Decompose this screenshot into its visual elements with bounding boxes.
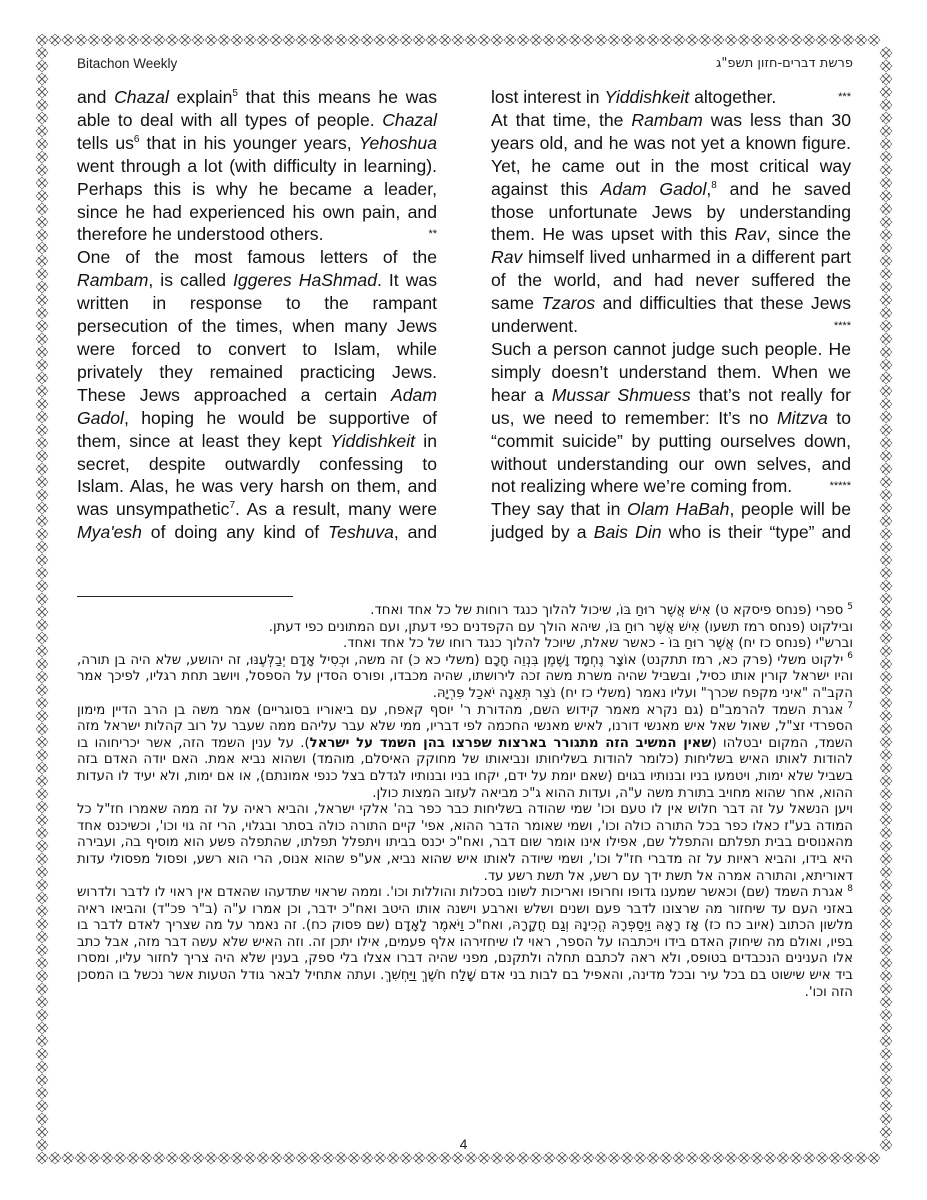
text-run: went through a lot (with difficulty in l…	[77, 156, 437, 176]
footnote-6: 6ילקוט משלי (פרק כא, רמז תתקנט) אוֹצָר נ…	[77, 653, 853, 703]
section-break-asterisks: *****	[830, 475, 851, 498]
text-line: us, we need to remember: It’s no Mitzva …	[491, 407, 851, 430]
text-run: therefore he understood others.	[77, 224, 323, 244]
text-run: underwent.	[491, 316, 578, 336]
italic-term: Iggeres HaShmad	[233, 270, 377, 290]
section-break-asterisks: **	[428, 223, 437, 246]
right-text-column: lost interest in Yiddishkeit altogether.…	[491, 86, 851, 544]
text-run: in	[415, 431, 437, 451]
text-run: , since the	[766, 224, 851, 244]
text-line: therefore he understood others.**	[77, 223, 437, 246]
text-run: , hoping he would be supportive of	[124, 408, 437, 428]
text-line: written in response to the rampant	[77, 292, 437, 315]
text-run: , and	[394, 522, 437, 542]
text-run: years old, and he was not yet a known fi…	[491, 133, 851, 153]
page-number: 4	[0, 1136, 927, 1152]
text-line: Islam. Alas, he was very harsh on them, …	[77, 475, 437, 498]
text-run: , is called	[148, 270, 233, 290]
text-run: them, since at least they kept	[77, 431, 330, 451]
footnote-text: אגרת השמד להרמב"ם (גם נקרא מאמר קידוש הש…	[77, 703, 853, 801]
text-line: Perhaps this is why he became a leader,	[77, 178, 437, 201]
text-run: Perhaps this is why he became a leader,	[77, 179, 437, 199]
italic-term: Mitzva	[777, 408, 828, 428]
section-break-asterisks: ***	[838, 86, 851, 109]
text-line: At that time, the Rambam was less than 3…	[491, 109, 851, 132]
text-run: lost interest in	[491, 87, 604, 107]
footnote-7: 7אגרת השמד להרמב"ם (גם נקרא מאמר קידוש ה…	[77, 703, 853, 803]
section-break-asterisks: ****	[834, 315, 851, 338]
text-run: was less than 30	[703, 110, 851, 130]
italic-term: Adam	[391, 385, 437, 405]
footnote-separator	[77, 596, 293, 597]
parsha-title: פרשת דברים-חזון תשפ"ג	[716, 56, 853, 71]
text-run: those unfortunate Jews by understanding	[491, 202, 851, 222]
text-line: were forced to convert to Islam, while	[77, 338, 437, 361]
footnote-8: 8אגרת השמד (שם) וכאשר שמענו גדופו וחרופו…	[77, 885, 853, 1001]
footnote-number: 5	[847, 602, 853, 612]
text-run: . It was	[377, 270, 437, 290]
text-line: them, since at least they kept Yiddishke…	[77, 430, 437, 453]
text-run: same	[491, 293, 541, 313]
text-run: himself lived unharmed in a different pa…	[522, 247, 851, 267]
text-run: them. He was upset with this	[491, 224, 735, 244]
text-line: was unsympathetic7. As a result, many we…	[77, 498, 437, 521]
text-run: were forced to convert to Islam, while	[77, 339, 437, 359]
text-line: went through a lot (with difficulty in l…	[77, 155, 437, 178]
text-line: “commit suicide” by putting ourselves do…	[491, 430, 851, 453]
text-line: not realizing where we’re coming from.**…	[491, 475, 851, 498]
italic-term: Chazal	[382, 110, 437, 130]
publication-title: Bitachon Weekly	[77, 56, 177, 71]
text-run: to	[828, 408, 851, 428]
italic-term: Teshuva	[328, 522, 394, 542]
italic-term: Yiddishkeit	[330, 431, 415, 451]
text-line: and Chazal explain5 that this means he w…	[77, 86, 437, 109]
italic-term: Olam HaBah	[627, 499, 729, 519]
italic-term: Tzaros	[541, 293, 595, 313]
text-line: privately they remained practicing Jews.	[77, 361, 437, 384]
text-line: of the world, and had never suffered the	[491, 269, 851, 292]
footnote-5-para-2: ובילקוט (פנחס רמז תשעו) אִישׁ אֲשֶׁר רוּ…	[77, 620, 853, 637]
text-run: hear a	[491, 385, 552, 405]
italic-term: Yehoshua	[359, 133, 437, 153]
text-run: These Jews approached a certain	[77, 385, 391, 405]
text-run: tells us	[77, 133, 134, 153]
text-line: secret, despite outwardly confessing to	[77, 453, 437, 476]
text-line: judged by a Bais Din who is their “type”…	[491, 521, 851, 544]
text-line: since he had experienced his own pain, a…	[77, 201, 437, 224]
italic-term: Rambam	[631, 110, 702, 130]
italic-term: Gadol	[77, 408, 124, 428]
footnote-5: 5ספרי (פנחס פיסקא ט) אִישׁ אֲשֶׁר רוּחַ …	[77, 603, 853, 620]
footnote-number: 8	[847, 884, 853, 894]
italic-term: Rambam	[77, 270, 148, 290]
text-run: One of the most famous letters of the	[77, 247, 437, 267]
text-run: Islam. Alas, he was very harsh on them, …	[77, 476, 437, 496]
text-run: since he had experienced his own pain, a…	[77, 202, 437, 222]
text-line: One of the most famous letters of the	[77, 246, 437, 269]
text-run: They say that in	[491, 499, 627, 519]
footnote-text: ויען הנשאל על זה דבר חלוש אין לו טעם וכו…	[77, 802, 853, 883]
text-line: without understanding our own selves, an…	[491, 453, 851, 476]
text-run: was unsympathetic	[77, 499, 229, 519]
text-line: Rav himself lived unharmed in a differen…	[491, 246, 851, 269]
text-run: that this means he was	[238, 87, 437, 107]
text-line: simply doesn’t understand them. When we	[491, 361, 851, 384]
text-line: same Tzaros and difficulties that these …	[491, 292, 851, 315]
text-run: . As a result, many were	[235, 499, 437, 519]
text-run: and he saved	[717, 179, 851, 199]
text-run: Yet, he came out in the most critical wa…	[491, 156, 851, 176]
footnote-text: ספרי (פנחס פיסקא ט) אִישׁ אֲשֶׁר רוּחַ ב…	[370, 603, 843, 618]
text-run: “commit suicide” by putting ourselves do…	[491, 431, 851, 451]
text-run: without understanding our own selves, an…	[491, 454, 851, 474]
text-run: and difficulties that these Jews	[595, 293, 851, 313]
text-run: of doing any kind of	[142, 522, 328, 542]
text-line: them. He was upset with this Rav, since …	[491, 223, 851, 246]
footnotes-section: 5ספרי (פנחס פיסקא ט) אִישׁ אֲשֶׁר רוּחַ …	[77, 603, 853, 1001]
italic-term: Mya'esh	[77, 522, 142, 542]
text-run: not realizing where we’re coming from.	[491, 476, 792, 496]
text-line: Such a person cannot judge such people. …	[491, 338, 851, 361]
text-run: Such a person cannot judge such people. …	[491, 339, 851, 359]
text-run: that in his younger years,	[139, 133, 358, 153]
footnote-7-para-2: ויען הנשאל על זה דבר חלוש אין לו טעם וכו…	[77, 802, 853, 885]
italic-term: Mussar Shmuess	[552, 385, 691, 405]
italic-term: Rav	[491, 247, 522, 267]
text-line: They say that in Olam HaBah, people will…	[491, 498, 851, 521]
footnote-number: 6	[847, 651, 853, 661]
footnote-text: אגרת השמד (שם) וכאשר שמענו גדופו וחרופו …	[77, 885, 853, 1000]
page-header: Bitachon Weekly פרשת דברים-חזון תשפ"ג	[77, 56, 853, 76]
text-line: These Jews approached a certain Adam	[77, 384, 437, 407]
text-run: us, we need to remember: It’s no	[491, 408, 777, 428]
text-run: that’s not really for	[691, 385, 851, 405]
italic-term: Chazal	[114, 87, 169, 107]
italic-term: Bais Din	[594, 522, 662, 542]
text-run: written in response to the rampant	[77, 293, 437, 313]
text-run: secret, despite outwardly confessing to	[77, 454, 437, 474]
text-run: persecution of the times, when many Jews	[77, 316, 437, 336]
text-line: hear a Mussar Shmuess that’s not really …	[491, 384, 851, 407]
footnote-text: וברש"י (פנחס כז יח) אֲשֶׁר רוּחַ בּוֹ - …	[343, 636, 853, 651]
text-line: able to deal with all types of people. C…	[77, 109, 437, 132]
text-run: judged by a	[491, 522, 594, 542]
text-run: able to deal with all types of people.	[77, 110, 382, 130]
text-line: tells us6 that in his younger years, Yeh…	[77, 132, 437, 155]
text-run: explain	[169, 87, 233, 107]
italic-term: Rav	[735, 224, 766, 244]
text-line: Gadol, hoping he would be supportive of	[77, 407, 437, 430]
text-line: against this Adam Gadol,8 and he saved	[491, 178, 851, 201]
text-line: underwent.****	[491, 315, 851, 338]
text-line: Mya'esh of doing any kind of Teshuva, an…	[77, 521, 437, 544]
text-run: altogether.	[689, 87, 776, 107]
footnote-emphasis: שאין המשיב הזה מתגורר בארצות שפרצו בהן ה…	[310, 736, 712, 751]
footnote-number: 7	[847, 701, 853, 711]
text-line: lost interest in Yiddishkeit altogether.…	[491, 86, 851, 109]
italic-term: Yiddishkeit	[604, 87, 689, 107]
text-run: At that time, the	[491, 110, 631, 130]
text-line: years old, and he was not yet a known fi…	[491, 132, 851, 155]
italic-term: Adam Gadol	[601, 179, 707, 199]
text-line: those unfortunate Jews by understanding	[491, 201, 851, 224]
text-line: Yet, he came out in the most critical wa…	[491, 155, 851, 178]
text-run: , people will be	[729, 499, 851, 519]
text-run: simply doesn’t understand them. When we	[491, 362, 851, 382]
footnote-text: ובילקוט (פנחס רמז תשעו) אִישׁ אֲשֶׁר רוּ…	[269, 620, 853, 635]
left-text-column: and Chazal explain5 that this means he w…	[77, 86, 437, 544]
text-run: of the world, and had never suffered the	[491, 270, 851, 290]
text-run: privately they remained practicing Jews.	[77, 362, 437, 382]
text-run: against this	[491, 179, 601, 199]
text-line: Rambam, is called Iggeres HaShmad. It wa…	[77, 269, 437, 292]
footnote-5-para-3: וברש"י (פנחס כז יח) אֲשֶׁר רוּחַ בּוֹ - …	[77, 636, 853, 653]
footnote-text: ילקוט משלי (פרק כא, רמז תתקנט) אוֹצָר נֶ…	[77, 653, 853, 701]
text-line: persecution of the times, when many Jews	[77, 315, 437, 338]
text-run: who is their “type” and	[662, 522, 851, 542]
text-run: and	[77, 87, 114, 107]
